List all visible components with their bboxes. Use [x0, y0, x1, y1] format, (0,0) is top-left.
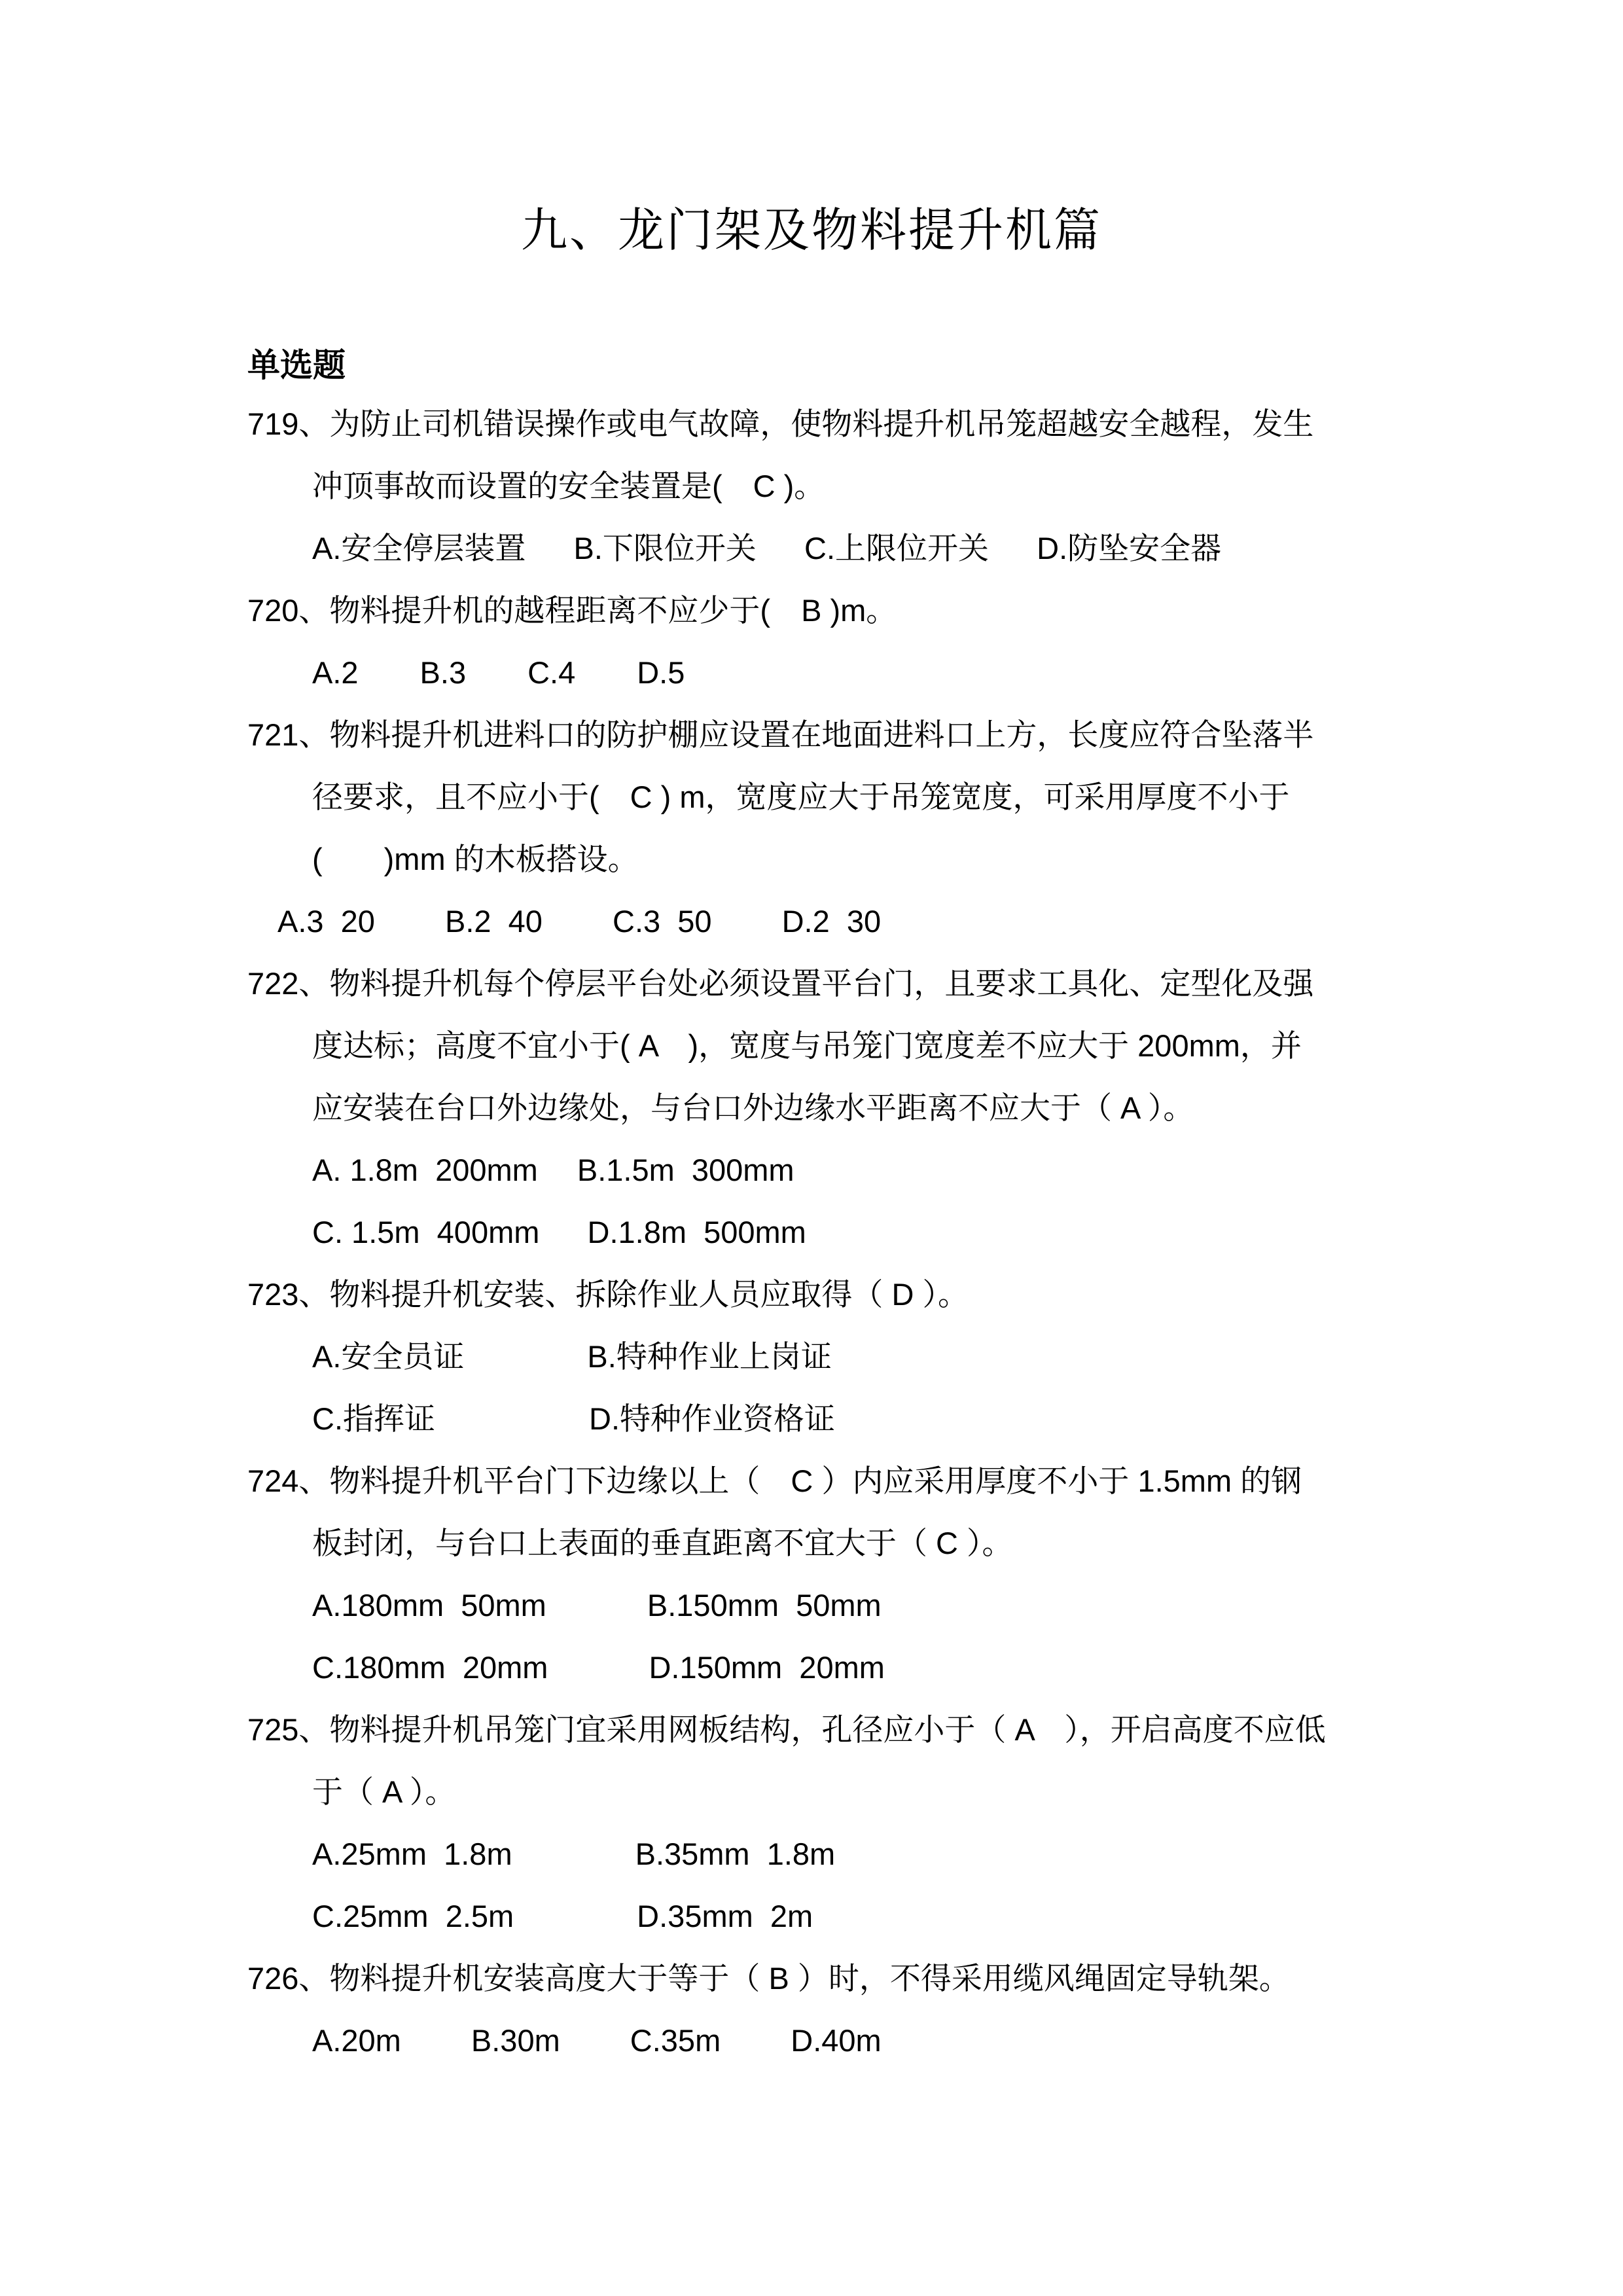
question-subline: C.指挥证 D.特种作业资格证: [247, 1388, 1412, 1450]
question-line: 720、物料提升机的越程距离不应少于( B )m。: [247, 579, 1412, 641]
question-subline: A.2 B.3 C.4 D.5: [247, 641, 1412, 704]
question-line: 724、物料提升机平台门下边缘以上（ C ）内应采用厚度不小于 1.5mm 的钢: [247, 1450, 1412, 1512]
question-subline: 冲顶事故而设置的安全装置是( C )。: [247, 455, 1412, 517]
section-heading-single-choice: 单选题: [247, 339, 346, 386]
question-subline: A.安全停层装置 B.下限位开关 C.上限位开关 D.防坠安全器: [247, 517, 1412, 579]
question-subline: A.20m B.30m C.35m D.40m: [247, 2009, 1412, 2072]
document-page: 九、龙门架及物料提升机篇 单选题 719、为防止司机错误操作或电气故障，使物料提…: [0, 0, 1623, 2296]
question-subline: C. 1.5m 400mm D.1.8m 500mm: [247, 1201, 1412, 1263]
question-subline: A.3 20 B.2 40 C.3 50 D.2 30: [247, 890, 1412, 952]
question-subline: 径要求，且不应小于( C ) m，宽度应大于吊笼宽度，可采用厚度不小于: [247, 766, 1412, 828]
page-title: 九、龙门架及物料提升机篇: [0, 193, 1623, 260]
question-line: 726、物料提升机安装高度大于等于（ B ）时，不得采用缆风绳固定导轨架。: [247, 1947, 1412, 2009]
question-subline: A. 1.8m 200mm B.1.5m 300mm: [247, 1139, 1412, 1201]
question-line: 721、物料提升机进料口的防护棚应设置在地面进料口上方，长度应符合坠落半: [247, 704, 1412, 766]
question-subline: A.安全员证 B.特种作业上岗证: [247, 1325, 1412, 1388]
question-subline: A.25mm 1.8m B.35mm 1.8m: [247, 1823, 1412, 1885]
question-line: 719、为防止司机错误操作或电气故障，使物料提升机吊笼超越安全越程，发生: [247, 393, 1412, 455]
question-subline: 板封闭，与台口上表面的垂直距离不宜大于（ C ）。: [247, 1512, 1412, 1574]
question-subline: 度达标；高度不宜小于( A )，宽度与吊笼门宽度差不应大于 200mm，并: [247, 1014, 1412, 1077]
question-line: 722、物料提升机每个停层平台处必须设置平台门，且要求工具化、定型化及强: [247, 952, 1412, 1014]
question-line: 725、物料提升机吊笼门宜采用网板结构，孔径应小于（ A ），开启高度不应低: [247, 1698, 1412, 1761]
question-lines-container: 719、为防止司机错误操作或电气故障，使物料提升机吊笼超越安全越程，发生冲顶事故…: [247, 393, 1412, 2072]
question-line: 723、物料提升机安装、拆除作业人员应取得（ D ）。: [247, 1263, 1412, 1325]
question-subline: 应安装在台口外边缘处，与台口外边缘水平距离不应大于（ A ）。: [247, 1077, 1412, 1139]
question-subline: C.25mm 2.5m D.35mm 2m: [247, 1885, 1412, 1947]
question-subline: A.180mm 50mm B.150mm 50mm: [247, 1574, 1412, 1636]
question-subline: C.180mm 20mm D.150mm 20mm: [247, 1636, 1412, 1698]
question-subline: ( )mm 的木板搭设。: [247, 828, 1412, 890]
question-subline: 于（ A ）。: [247, 1761, 1412, 1823]
